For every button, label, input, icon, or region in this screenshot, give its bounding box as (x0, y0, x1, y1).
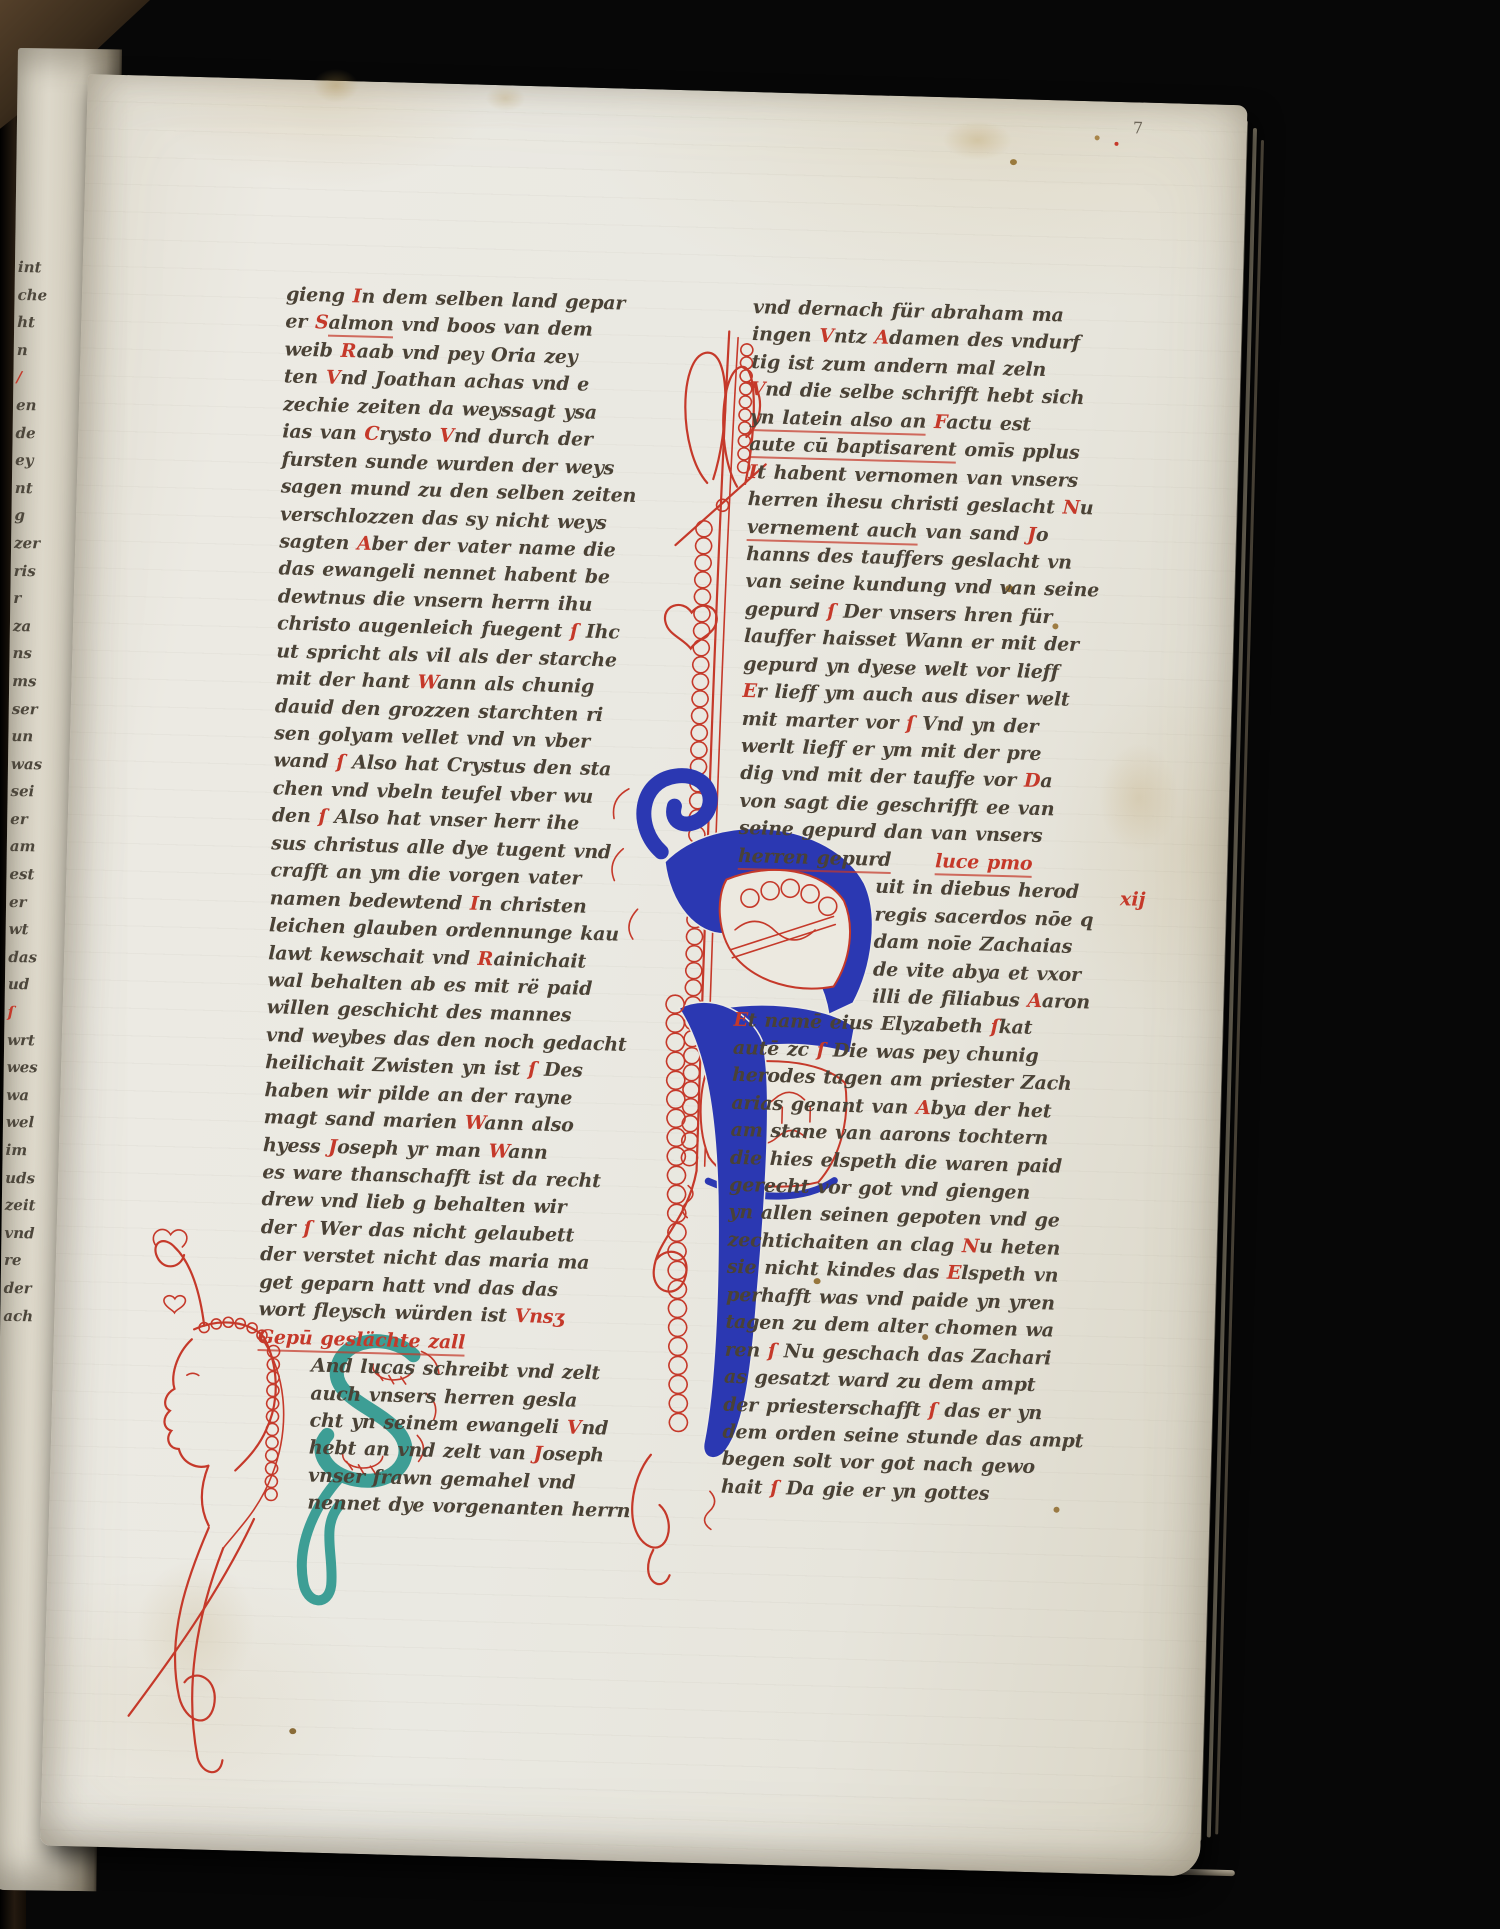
fragment-text: ud (8, 971, 68, 999)
fragment-text: ms (12, 668, 72, 696)
fragment-text: / (16, 364, 76, 392)
fragment-text: est (9, 861, 69, 889)
fragment-text: ey (15, 447, 75, 475)
fragment-text: im (5, 1137, 65, 1165)
fragment-text: un (11, 723, 71, 751)
fragment-text: n (17, 337, 77, 365)
fragment-text: en (16, 392, 76, 420)
marginal-chapter-number: xij (1120, 888, 1146, 911)
fragment-text: ris (14, 558, 74, 586)
left-text-column: gieng In dem selben land geparer Salmon … (253, 281, 666, 1526)
fragment-text: wa (6, 1082, 66, 1110)
fragment-text: zeit (5, 1192, 65, 1220)
fragment-text: er (10, 806, 70, 834)
fragment-text: ser (12, 695, 72, 723)
fragment-text: wrt (7, 1027, 67, 1055)
fragment-text: zer (14, 530, 74, 558)
fragment-text: wes (7, 1054, 67, 1082)
fragment-text: g (14, 502, 74, 530)
fragment-text: nt (15, 475, 75, 503)
fragment-text: am (10, 833, 70, 861)
fragment-text: das (8, 944, 68, 972)
fragment-text: wt (8, 916, 68, 944)
fragment-text: che (17, 282, 77, 310)
fragment-text: uds (5, 1165, 65, 1193)
fragment-text: za (13, 613, 73, 641)
fragment-text: er (9, 889, 69, 917)
fragment-text: de (15, 420, 75, 448)
manuscript-page: gieng In dem selben land geparer Salmon … (40, 74, 1248, 1877)
fragment-text: r (13, 585, 73, 613)
fragment-text: wel (6, 1109, 66, 1137)
folio-number: 7 (1133, 118, 1144, 137)
fragment-text: ns (12, 640, 72, 668)
fragment-text: ht (17, 309, 77, 337)
right-text-column: vnd dernach für abraham maingen Vntz Ada… (721, 294, 1099, 1510)
fragment-text: ſ (7, 999, 67, 1027)
manuscript-photo: intchehtn/endeeyntgzerrisrzansmsserunwas… (0, 0, 1500, 1929)
fragment-text: was (11, 751, 71, 779)
fragment-text: sei (10, 778, 70, 806)
fragment-text: int (18, 254, 78, 282)
